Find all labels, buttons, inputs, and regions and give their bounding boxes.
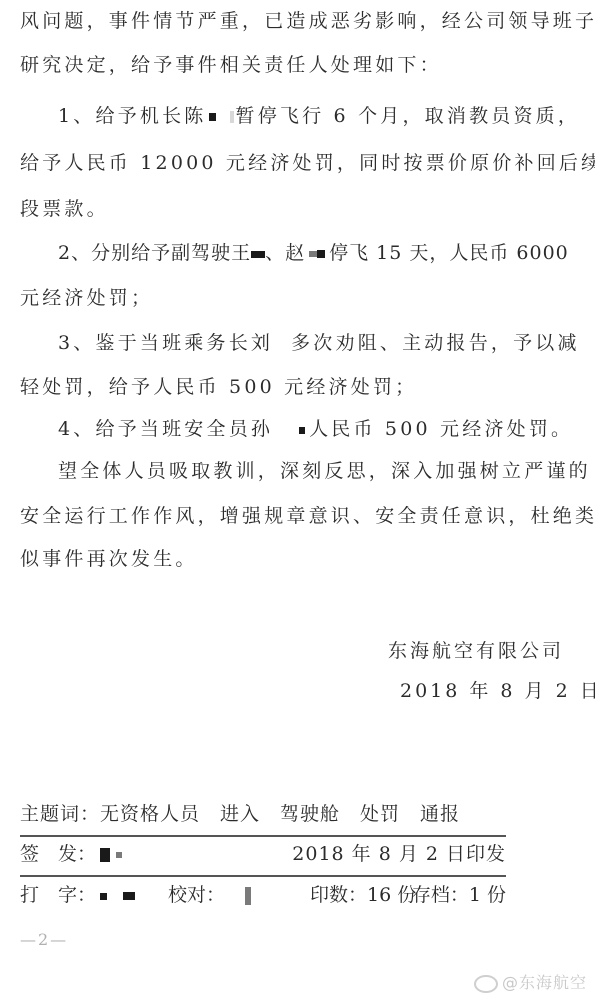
redacted-name — [317, 250, 325, 258]
typist-label: 打 字： — [20, 884, 96, 906]
divider-rule — [20, 875, 506, 877]
body-line-1: 风问题，事件情节严重，已造成恶劣影响，经公司领导班子 — [20, 8, 595, 34]
closing-line-1: 望全体人员吸取教训，深刻反思，深入加强树立严谨的 — [58, 458, 591, 484]
body-line-2: 研究决定，给予事件相关责任人处理如下： — [20, 52, 442, 78]
item-2-line-1: 2、分别给予副驾驶王、赵停飞 15 天，人民币 6000 — [58, 240, 569, 266]
item-1-line-2: 给予人民币 12000 元经济处罚，同时按票价原价补回后续航 — [20, 150, 595, 176]
redacted-name — [245, 887, 251, 905]
copies-count: 印数：16 份 — [310, 883, 416, 907]
redacted-name — [100, 848, 110, 862]
subject-row: 主题词：无资格人员 进入 驾驶舱 处罚 通报 — [20, 802, 506, 826]
item-1-line-3: 段票款。 — [20, 196, 109, 222]
item-3-text-b: 多次劝阻、主动报告，予以减 — [291, 332, 580, 354]
item-2-text-b: 、赵 — [265, 242, 305, 264]
redacted-name — [309, 251, 317, 257]
item-4-line-1: 4、给予当班安全员孙人民币 500 元经济处罚。 — [58, 416, 573, 442]
subject-terms: 无资格人员 进入 驾驶舱 处罚 通报 — [100, 803, 460, 825]
redacted-name — [123, 892, 135, 900]
item-3-line-1: 3、鉴于当班乘务长刘多次劝阻、主动报告，予以减 — [58, 330, 580, 356]
issuer-row: 签 发： 2018 年 8 月 2 日印发 — [20, 842, 506, 866]
issuer-label: 签 发： — [20, 843, 96, 865]
item-1-line-1: 1、给予机长陈暂停飞行 6 个月，取消教员资质， — [58, 103, 580, 129]
redacted-name — [251, 251, 265, 258]
item-2-line-2: 元经济处罚； — [20, 285, 153, 311]
item-1-text-b: 暂停飞行 6 个月，取消教员资质， — [236, 105, 581, 127]
signature-date: 2018 年 8 月 2 日 — [400, 676, 595, 703]
subject-label: 主题词： — [20, 803, 100, 825]
closing-line-2: 安全运行工作作风，增强规章意识、安全责任意识，杜绝类 — [20, 503, 595, 529]
page-number: —2— — [20, 930, 68, 949]
watermark-text: @东海航空 — [502, 973, 587, 992]
divider-rule — [20, 835, 506, 837]
closing-line-3: 似事件再次发生。 — [20, 546, 198, 572]
signature-company: 东海航空有限公司 — [388, 636, 564, 663]
item-4-text-a: 4、给予当班安全员孙 — [58, 418, 273, 440]
item-4-text-b: 人民币 500 元经济处罚。 — [309, 418, 573, 440]
item-1-text-a: 1、给予机长陈 — [58, 105, 207, 127]
proofreader-label: 校对： — [168, 883, 225, 907]
item-3-line-2: 轻处罚，给予人民币 500 元经济处罚； — [20, 374, 417, 400]
archive-count: 存档：1 份 — [412, 883, 506, 907]
redacted-name — [116, 852, 122, 858]
weibo-icon — [474, 975, 498, 993]
typist-row: 打 字： 校对： 印数：16 份 存档：1 份 — [20, 883, 506, 907]
item-2-text-a: 2、分别给予副驾驶王 — [58, 242, 251, 264]
issue-date: 2018 年 8 月 2 日印发 — [292, 842, 506, 866]
redacted-name — [299, 427, 305, 434]
redacted-name — [230, 111, 234, 123]
item-3-text-a: 3、鉴于当班乘务长刘 — [58, 332, 273, 354]
redacted-name — [209, 113, 216, 121]
watermark: @东海航空 — [474, 970, 587, 993]
redacted-name — [100, 893, 107, 900]
item-2-text-c: 停飞 15 天，人民币 6000 — [329, 242, 569, 264]
